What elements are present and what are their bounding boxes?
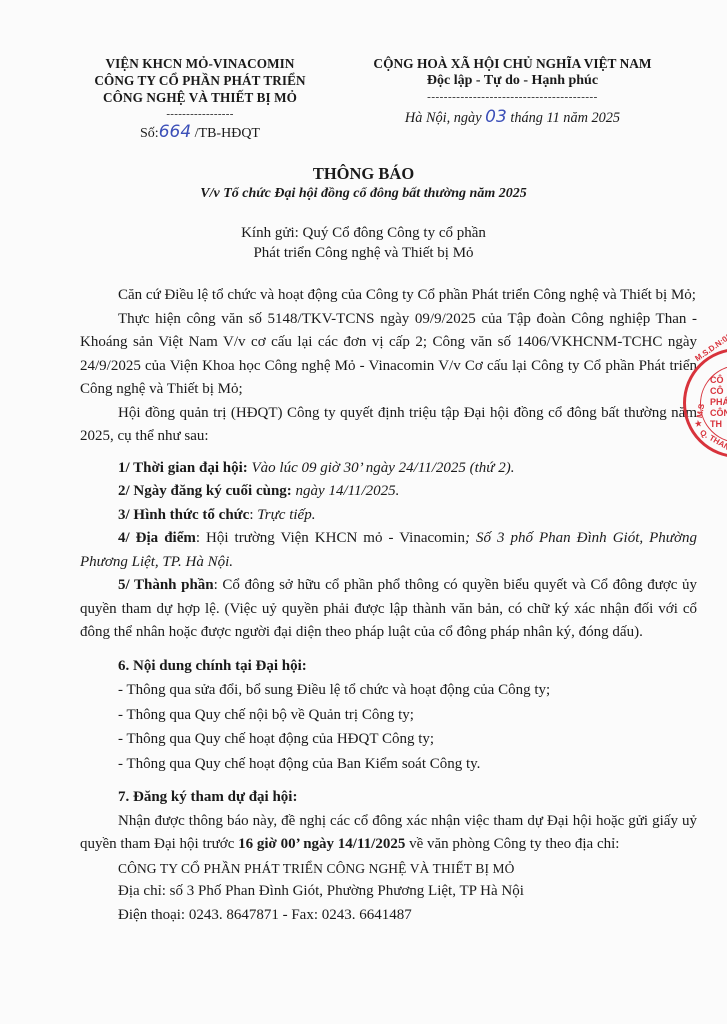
item-label: 4/ Địa điểm — [118, 530, 196, 546]
document-title: THÔNG BÁO — [0, 164, 727, 184]
item-label: 5/ Thành phần — [118, 577, 214, 593]
national-header: CỘNG HOÀ XÃ HỘI CHỦ NGHĨA VIỆT NAM Độc l… — [335, 55, 690, 128]
paragraph-basis: Căn cứ Điều lệ tổ chức và hoạt động của … — [80, 284, 697, 308]
document-body: Căn cứ Điều lệ tổ chức và hoạt động của … — [80, 284, 697, 927]
issue-date: Hà Nội, ngày 03 tháng 11 năm 2025 — [335, 107, 690, 128]
agenda-item: - Thông qua Quy chế hoạt động của Ban Ki… — [80, 752, 697, 777]
document-number-prefix: Số: — [140, 126, 159, 141]
registration-paragraph: Nhận được thông báo này, đề nghị các cổ … — [80, 810, 697, 857]
republic-name: CỘNG HOÀ XÃ HỘI CHỦ NGHĨA VIỆT NAM — [335, 55, 690, 72]
document-number-suffix: /TB-HĐQT — [195, 126, 260, 141]
paragraph-decision: Hội đồng quản trị (HĐQT) Công ty quyết đ… — [80, 402, 697, 449]
seal-line: CÔN — [710, 408, 727, 419]
seal-line: CÔ — [710, 386, 727, 397]
seal-center-text: CÔ CÔ PHÁ CÔN TH — [710, 375, 727, 430]
item-value: Trực tiếp. — [257, 507, 315, 523]
section-agenda-heading: 6. Nội dung chính tại Đại hội: — [80, 655, 697, 679]
national-separator: ----------------------------------------… — [335, 91, 690, 103]
item-format: 3/ Hình thức tổ chức: Trực tiếp. — [80, 504, 697, 528]
issue-date-prefix: Hà Nội, ngày — [405, 110, 482, 126]
seal-line: TH — [710, 419, 727, 430]
issuer-org-line-1: VIỆN KHCN MỎ-VINACOMIN — [70, 55, 330, 72]
issue-date-day-handwritten: 03 — [485, 107, 507, 127]
item-value: ngày 14/11/2025. — [296, 483, 400, 499]
document-number: Số:664 /TB-HĐQT — [70, 122, 330, 144]
company-phone-fax: Điện thoại: 0243. 8647871 - Fax: 0243. 6… — [80, 904, 697, 928]
document-subtitle: V/v Tổ chức Đại hội đồng cổ đông bất thư… — [0, 186, 727, 202]
paragraph-implementation: Thực hiện công văn số 5148/TKV-TCNS ngày… — [80, 308, 697, 402]
section-registration-heading: 7. Đăng ký tham dự đại hội: — [80, 786, 697, 810]
seal-line: PHÁ — [710, 397, 727, 408]
national-motto: Độc lập - Tự do - Hạnh phúc — [335, 72, 690, 90]
greeting-line-2: Phát triển Công nghệ và Thiết bị Mỏ — [0, 243, 727, 263]
company-address: Địa chỉ: số 3 Phố Phan Đình Giót, Phường… — [80, 880, 697, 904]
issuer-org-line-3: CÔNG NGHỆ VÀ THIẾT BỊ MỎ — [70, 89, 330, 106]
issuer-separator: ----------------- — [70, 108, 330, 120]
issuer-header: VIỆN KHCN MỎ-VINACOMIN CÔNG TY CỔ PHẦN P… — [70, 55, 330, 144]
issuer-org-line-2: CÔNG TY CỔ PHẦN PHÁT TRIỂN — [70, 72, 330, 89]
issue-date-suffix: tháng 11 năm 2025 — [510, 110, 620, 126]
item-venue: 4/ Địa điểm: Hội trường Viện KHCN mỏ - V… — [80, 527, 697, 574]
seal-ring-text-left: ★ M.S — [693, 403, 706, 428]
greeting: Kính gửi: Quý Cổ đông Công ty cổ phần Ph… — [0, 223, 727, 263]
item-label: 2/ Ngày đăng ký cuối cùng: — [118, 483, 292, 499]
item-meeting-time: 1/ Thời gian đại hội: Vào lúc 09 giờ 30’… — [80, 457, 697, 481]
company-name: CÔNG TY CỔ PHẦN PHÁT TRIỂN CÔNG NGHỆ VÀ … — [80, 857, 697, 881]
agenda-item: - Thông qua sửa đổi, bổ sung Điều lệ tổ … — [80, 678, 697, 703]
item-value-plain: : Hội trường Viện KHCN mỏ - Vinacomin — [196, 530, 465, 546]
item-label: 1/ Thời gian đại hội: — [118, 460, 248, 476]
seal-line: CÔ — [710, 375, 727, 386]
seal-ring-text-top: M.S.D.N:0100 — [693, 327, 727, 363]
item-record-date: 2/ Ngày đăng ký cuối cùng: ngày 14/11/20… — [80, 480, 697, 504]
agenda-item: - Thông qua Quy chế nội bộ về Quản trị C… — [80, 703, 697, 728]
item-value: Vào lúc 09 giờ 30’ ngày 24/11/2025 (thứ … — [252, 460, 515, 476]
item-label: 3/ Hình thức tổ chức — [118, 507, 249, 523]
document-number-handwritten: 664 — [159, 122, 191, 142]
agenda-item: - Thông qua Quy chế hoạt động của HĐQT C… — [80, 727, 697, 752]
item-participants: 5/ Thành phần: Cổ đông sở hữu cổ phần ph… — [80, 574, 697, 645]
registration-text-after: về văn phòng Công ty theo địa chỉ: — [405, 836, 619, 852]
registration-deadline: 16 giờ 00’ ngày 14/11/2025 — [238, 836, 405, 852]
greeting-line-1: Kính gửi: Quý Cổ đông Công ty cổ phần — [0, 223, 727, 243]
